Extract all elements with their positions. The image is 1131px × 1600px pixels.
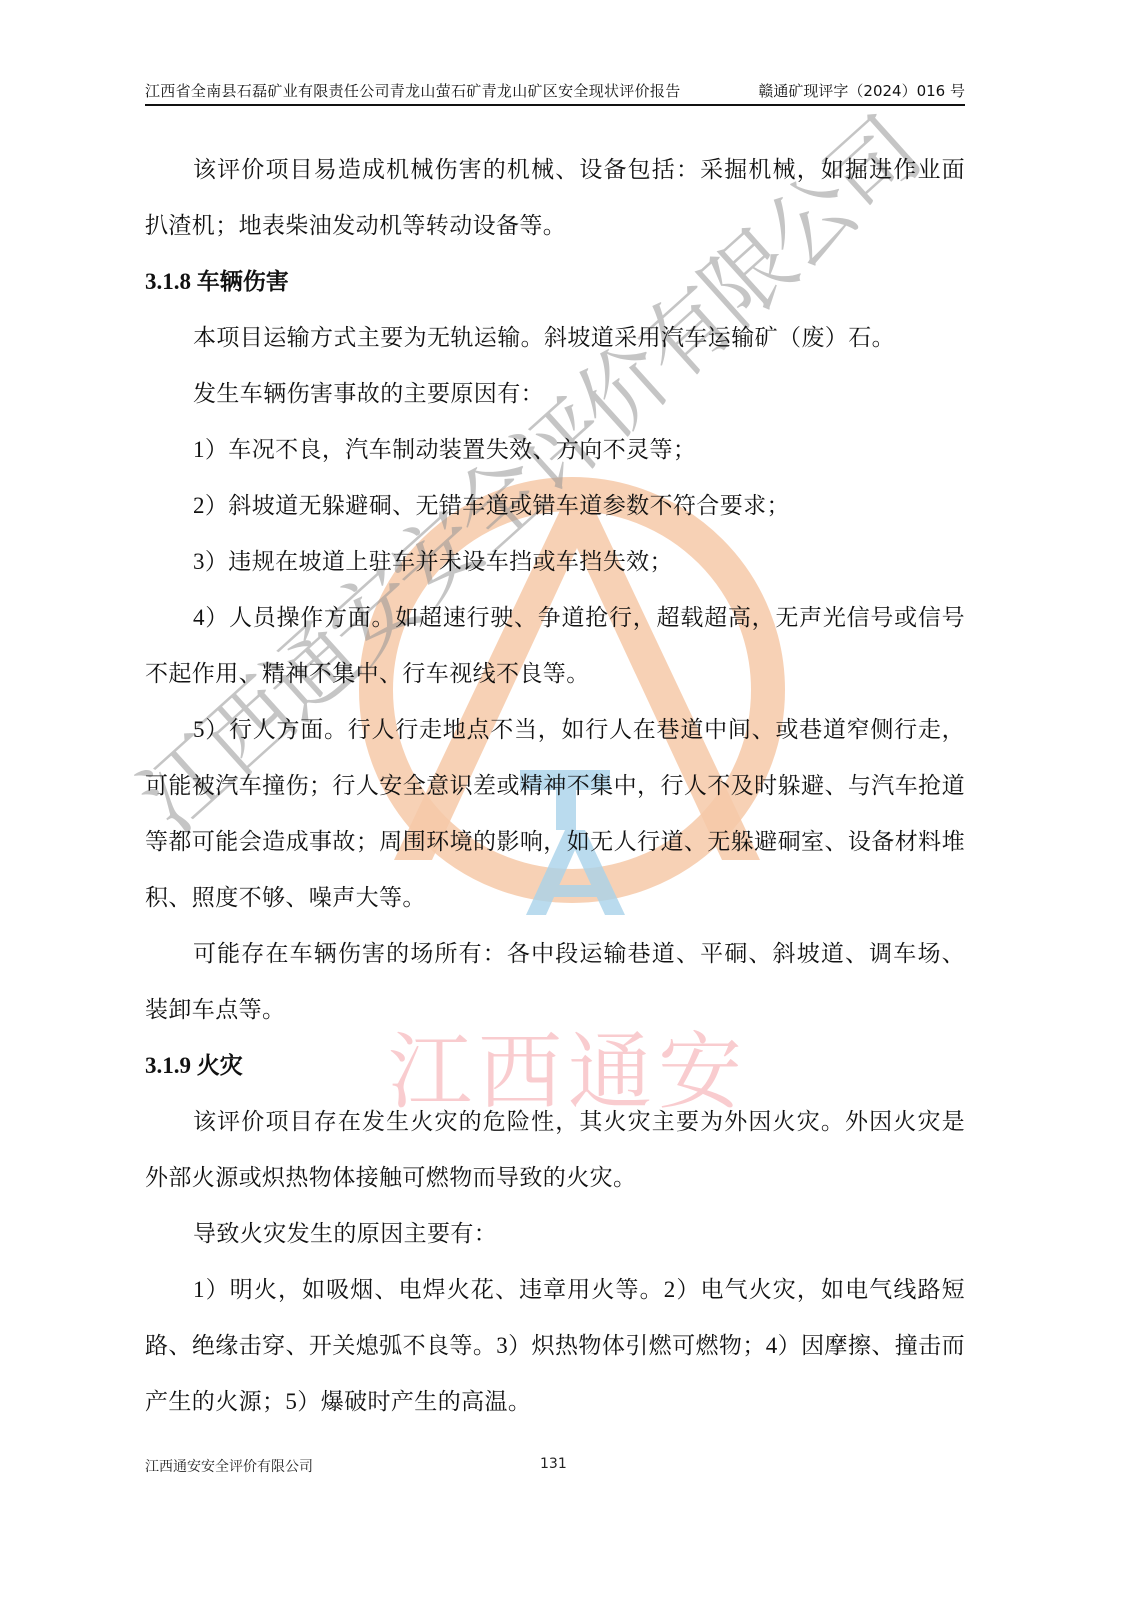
list-item: 3）违规在坡道上驻车并未设车挡或车挡失效； xyxy=(145,534,965,590)
list-item: 2）斜坡道无躲避硐、无错车道或错车道参数不符合要求； xyxy=(145,478,965,534)
document-body: 该评价项目易造成机械伤害的机械、设备包括：采掘机械，如掘进作业面扒渣机；地表柴油… xyxy=(145,142,965,1430)
report-title: 江西省全南县石磊矿业有限责任公司青龙山萤石矿青龙山矿区安全现状评价报告 xyxy=(145,80,681,101)
paragraph: 发生车辆伤害事故的主要原因有： xyxy=(145,366,965,422)
section-title: 车辆伤害 xyxy=(197,269,289,294)
paragraph: 本项目运输方式主要为无轨运输。斜坡道采用汽车运输矿（废）石。 xyxy=(145,310,965,366)
section-number: 3.1.8 xyxy=(145,269,191,294)
page-header: 江西省全南县石磊矿业有限责任公司青龙山萤石矿青龙山矿区安全现状评价报告 赣通矿现… xyxy=(145,78,965,104)
section-heading-3-1-8: 3.1.8 车辆伤害 xyxy=(145,254,965,310)
section-number: 3.1.9 xyxy=(145,1053,191,1078)
paragraph: 该评价项目易造成机械伤害的机械、设备包括：采掘机械，如掘进作业面扒渣机；地表柴油… xyxy=(145,142,965,254)
document-page: 江西通安安全评价有限公司 江西通安 江西省全南县石磊矿业有限责任公司青龙山萤石矿… xyxy=(0,0,1131,1600)
section-title: 火灾 xyxy=(197,1053,243,1078)
document-number: 赣通矿现评字（2024）016 号 xyxy=(758,80,965,101)
list-item: 1）车况不良，汽车制动装置失效、方向不灵等； xyxy=(145,422,965,478)
footer-company: 江西通安安全评价有限公司 xyxy=(145,1456,313,1476)
paragraph: 1）明火，如吸烟、电焊火花、违章用火等。2）电气火灾，如电气线路短路、绝缘击穿、… xyxy=(145,1262,965,1430)
list-item: 4）人员操作方面。如超速行驶、争道抢行，超载超高，无声光信号或信号不起作用、精神… xyxy=(145,590,965,702)
page-number: 131 xyxy=(540,1456,567,1472)
header-divider xyxy=(145,104,965,106)
paragraph: 可能存在车辆伤害的场所有：各中段运输巷道、平硐、斜坡道、调车场、装卸车点等。 xyxy=(145,926,965,1038)
paragraph: 该评价项目存在发生火灾的危险性，其火灾主要为外因火灾。外因火灾是外部火源或炽热物… xyxy=(145,1094,965,1206)
paragraph: 导致火灾发生的原因主要有： xyxy=(145,1206,965,1262)
page-footer: 江西通安安全评价有限公司 131 xyxy=(145,1456,965,1476)
section-heading-3-1-9: 3.1.9 火灾 xyxy=(145,1038,965,1094)
list-item: 5）行人方面。行人行走地点不当，如行人在巷道中间、或巷道窄侧行走，可能被汽车撞伤… xyxy=(145,702,965,926)
